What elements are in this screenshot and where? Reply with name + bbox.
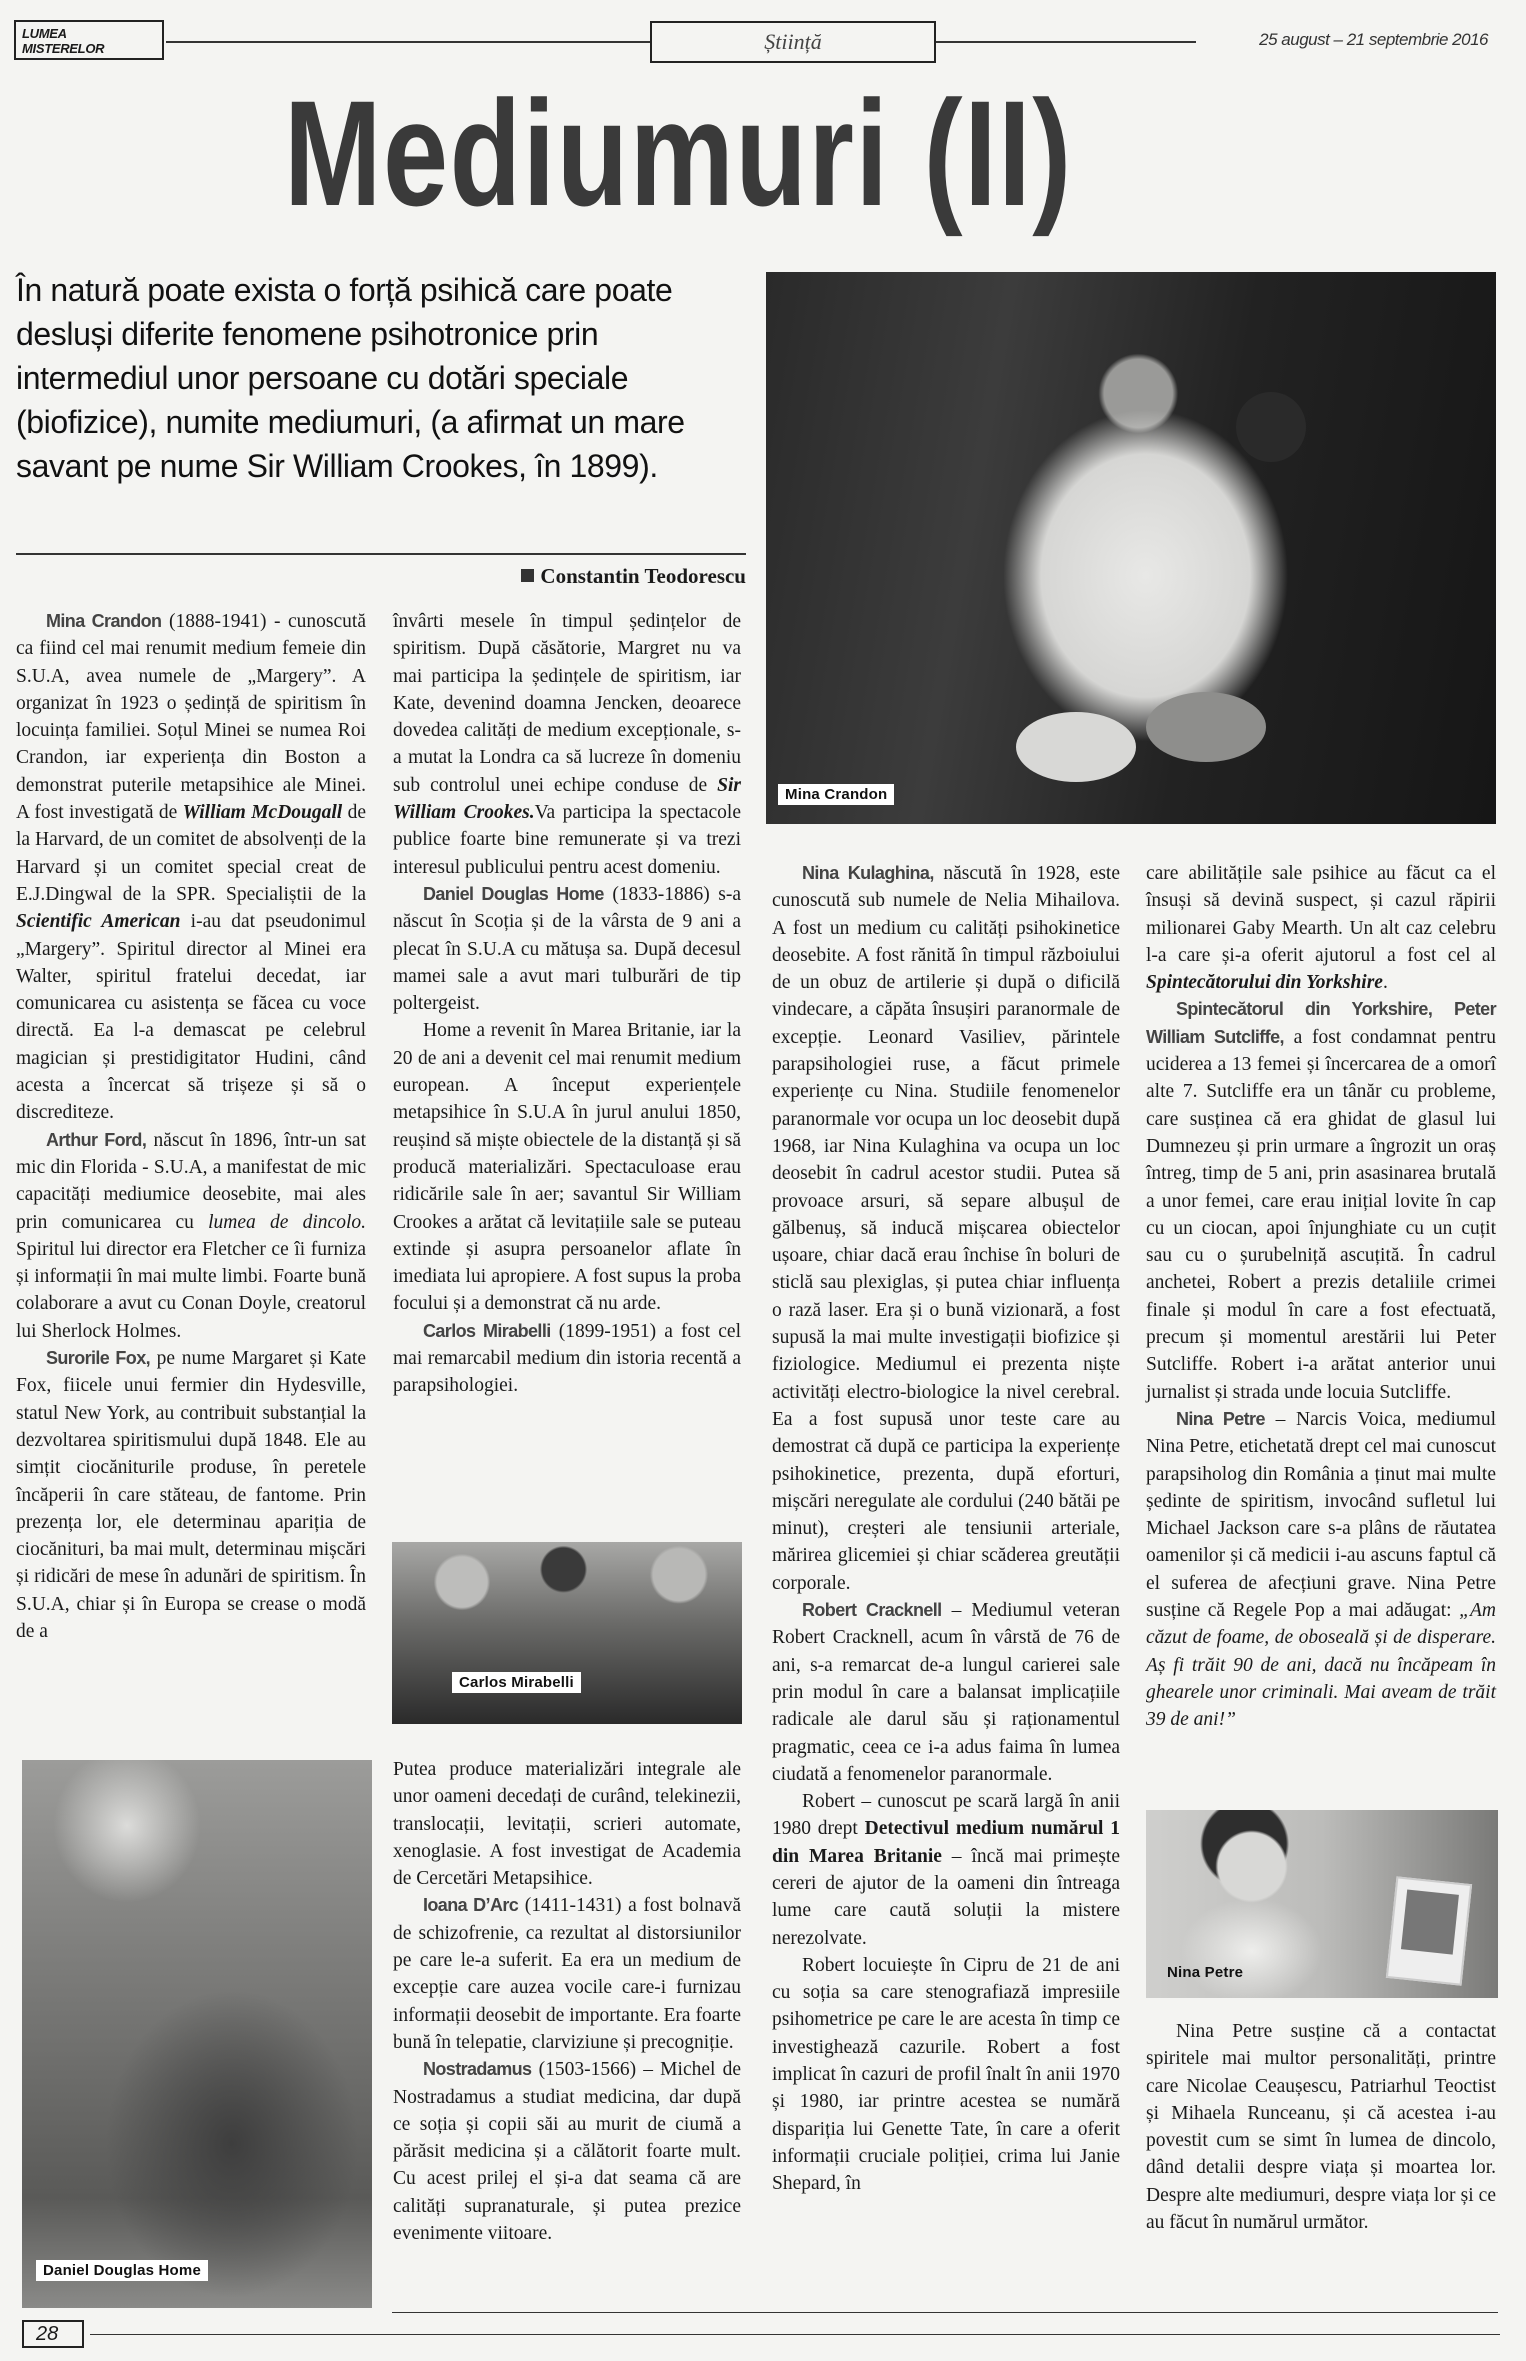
column-2: învârti mesele în timpul ședințelor de s…	[393, 608, 741, 1400]
entry-name: Daniel Douglas Home	[423, 884, 604, 904]
entry-name: Nina Kulaghina,	[802, 863, 934, 883]
paragraph-mina-crandon: Mina Crandon (1888-1941) - cunoscută ca …	[16, 608, 366, 1127]
article-title: Mediumuri (II)	[284, 78, 1073, 228]
paragraph-nina-kulaghina: Nina Kulaghina, născută în 1928, este cu…	[772, 860, 1120, 1597]
logo-line-2: MISTERELOR	[22, 41, 156, 56]
photo-detail	[1236, 392, 1306, 462]
paragraph-peter-sutcliffe: Spintecătorul din Yorkshire, Peter Willi…	[1146, 996, 1496, 1405]
logo-line-1: LUMEA	[22, 26, 156, 41]
article-lead: În natură poate exista o forță psihică c…	[16, 268, 736, 488]
byline-bullet-icon	[521, 569, 534, 582]
header-rule-left	[166, 41, 650, 43]
paragraph-arthur-ford: Arthur Ford, născut în 1896, într-un sat…	[16, 1127, 366, 1345]
paragraph-robert-detective: Robert – cunoscut pe scară largă în anii…	[772, 1788, 1120, 1952]
footer-divider-upper	[392, 2312, 1498, 2313]
paragraph-text: – Mediumul veteran Robert Cracknell, acu…	[772, 1600, 1120, 1785]
paragraph-text: – Narcis Voica, mediumul Nina Petre, eti…	[1146, 1409, 1496, 1621]
emphasis: Spintecătorului din Yorkshire	[1146, 972, 1383, 993]
entry-name: Mina Crandon	[46, 611, 161, 631]
paragraph-text: care abilitățile sale psihice au făcut c…	[1146, 863, 1496, 966]
picture-frame	[1386, 1876, 1472, 1985]
entry-name: Robert Cracknell	[802, 1600, 942, 1620]
paragraph-text: (1503-1566) – Michel de Nostradamus a st…	[393, 2059, 741, 2244]
paragraph-fox-continued: învârti mesele în timpul ședințelor de s…	[393, 608, 741, 881]
photo-caption: Mina Crandon	[778, 784, 894, 805]
paragraph-nostradamus: Nostradamus (1503-1566) – Michel de Nost…	[393, 2056, 741, 2247]
paragraph-text: Robert locuiește în Cipru de 21 de ani c…	[772, 1955, 1120, 2194]
paragraph-text: pe nume Margaret și Kate Fox, fiicele un…	[16, 1348, 366, 1642]
paragraph-nina-petre: Nina Petre – Narcis Voica, mediumul Nina…	[1146, 1406, 1496, 1734]
column-3: Nina Kulaghina, născută în 1928, este cu…	[772, 860, 1120, 2198]
photo-mina-crandon: Mina Crandon	[766, 272, 1496, 824]
paragraph-carlos-mirabelli: Carlos Mirabelli (1899-1951) a fost cel …	[393, 1318, 741, 1400]
byline: Constantin Teodorescu	[480, 564, 746, 589]
column-2-lower: Putea produce materializări integrale al…	[393, 1756, 741, 2247]
entry-name: Ioana D’Arc	[423, 1895, 518, 1915]
paragraph-mirabelli-continued: Putea produce materializări integrale al…	[393, 1756, 741, 1892]
paragraph-robert-cracknell: Robert Cracknell – Mediumul veteran Robe…	[772, 1597, 1120, 1788]
paragraph-text: Home a revenit în Marea Britanie, iar la…	[393, 1020, 741, 1314]
photo-nina-petre: Nina Petre	[1146, 1810, 1498, 1998]
column-4: care abilitățile sale psihice au făcut c…	[1146, 860, 1496, 1734]
entry-name: Nina Petre	[1176, 1409, 1265, 1429]
paragraph-text: i-au dat pseudonimul „Margery”. Spiritul…	[16, 911, 366, 1123]
paragraph-cracknell-continued: care abilitățile sale psihice au făcut c…	[1146, 860, 1496, 996]
issue-date: 25 august – 21 septembrie 2016	[1259, 30, 1488, 50]
paragraph-text: învârti mesele în timpul ședințelor de s…	[393, 611, 741, 796]
paragraph-text: Putea produce materializări integrale al…	[393, 1759, 741, 1889]
paragraph-home-continued: Home a revenit în Marea Britanie, iar la…	[393, 1017, 741, 1317]
paragraph-robert-cipru: Robert locuiește în Cipru de 21 de ani c…	[772, 1952, 1120, 2198]
page-number: 28	[22, 2320, 84, 2348]
photo-caption: Nina Petre	[1160, 1962, 1250, 1983]
paragraph-text: .	[1383, 972, 1388, 993]
paragraph-text: Nina Petre susține că a contactat spirit…	[1146, 2021, 1496, 2233]
author-name: Constantin Teodorescu	[540, 564, 746, 588]
photo-caption: Carlos Mirabelli	[452, 1672, 581, 1693]
footer-rule	[90, 2334, 1500, 2335]
lead-divider	[16, 553, 746, 555]
entry-name: Arthur Ford,	[46, 1130, 146, 1150]
photo-caption: Daniel Douglas Home	[36, 2260, 208, 2281]
paragraph-surorile-fox: Surorile Fox, pe nume Margaret și Kate F…	[16, 1345, 366, 1645]
photo-carlos-mirabelli: Carlos Mirabelli	[392, 1542, 742, 1724]
column-4-lower: Nina Petre susține că a contactat spirit…	[1146, 2018, 1496, 2236]
entry-name: Nostradamus	[423, 2059, 531, 2079]
photo-daniel-douglas-home: Daniel Douglas Home	[22, 1760, 372, 2308]
emphasis: Scientific American	[16, 911, 180, 932]
paragraph-text: (1411-1431) a fost bolnavă de schizofren…	[393, 1895, 741, 2052]
photo-detail	[1146, 692, 1266, 762]
paragraph-text: a fost condamnat pentru uciderea a 13 fe…	[1146, 1027, 1496, 1403]
column-1: Mina Crandon (1888-1941) - cunoscută ca …	[16, 608, 366, 1645]
paragraph-text: născută în 1928, este cunoscută sub nume…	[772, 863, 1120, 1594]
section-label: Știință	[650, 21, 936, 63]
paragraph-daniel-douglas-home: Daniel Douglas Home (1833-1886) s-a născ…	[393, 881, 741, 1017]
publication-logo: LUMEA MISTERELOR	[14, 20, 164, 60]
entry-name: Surorile Fox,	[46, 1348, 150, 1368]
paragraph-nina-petre-contacts: Nina Petre susține că a contactat spirit…	[1146, 2018, 1496, 2236]
emphasis: William McDougall	[183, 802, 343, 823]
paragraph-text: (1888-1941) - cunoscută ca fiind cel mai…	[16, 611, 366, 823]
entry-name: Carlos Mirabelli	[423, 1321, 551, 1341]
photo-detail	[1016, 712, 1136, 782]
header-rule-right	[936, 41, 1196, 43]
photo-detail	[1401, 1889, 1459, 1954]
emphasis: lumea de dincolo.	[208, 1212, 366, 1233]
paragraph-ioana-darc: Ioana D’Arc (1411-1431) a fost bolnavă d…	[393, 1892, 741, 2056]
paragraph-text: Spiritul lui director era Fletcher ce îi…	[16, 1239, 366, 1342]
